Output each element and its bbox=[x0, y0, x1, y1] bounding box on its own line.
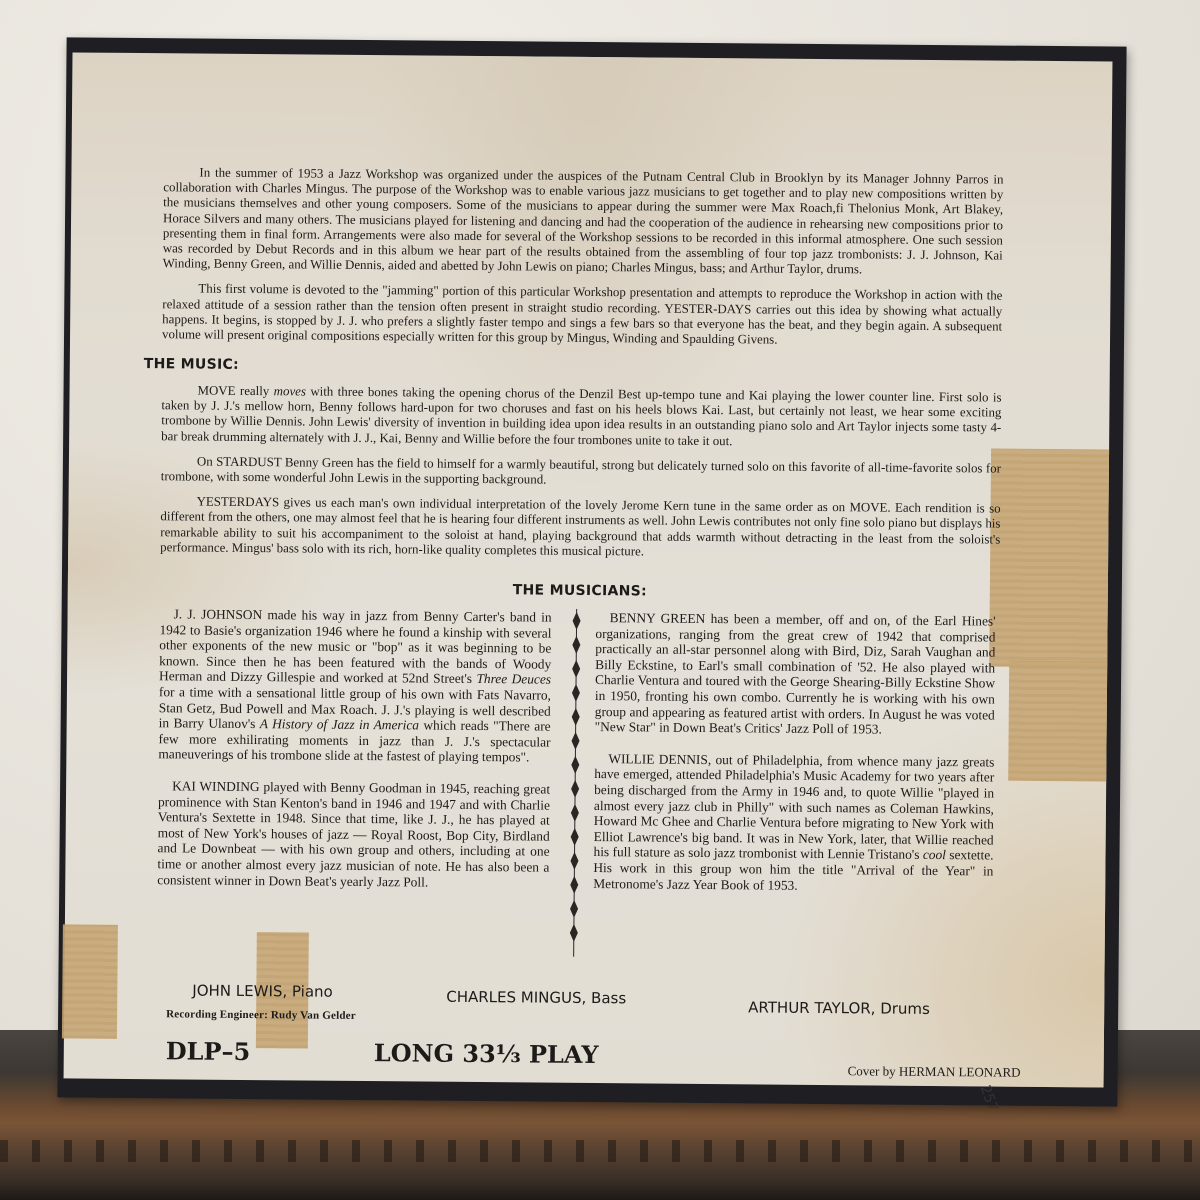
recording-engineer: Recording Engineer: Rudy Van Gelder bbox=[166, 1008, 356, 1022]
diamond-divider bbox=[567, 609, 584, 957]
shelf-carving bbox=[0, 1140, 1200, 1162]
italic-text: moves bbox=[274, 384, 306, 398]
italic-text: cool bbox=[923, 847, 946, 862]
music-heading: THE MUSIC: bbox=[144, 356, 239, 373]
back-cover-paper: In the summer of 1953 a Jazz Workshop wa… bbox=[64, 52, 1113, 1087]
intro-section: In the summer of 1953 a Jazz Workshop wa… bbox=[162, 165, 1004, 360]
move-paragraph: MOVE really moves with three bones takin… bbox=[161, 383, 1001, 451]
musicians-heading: THE MUSICIANS: bbox=[160, 579, 1000, 602]
text: WILLIE DENNIS, out of Philadelphia, from… bbox=[593, 751, 994, 862]
italic-text: A History of Jazz in America bbox=[260, 716, 419, 732]
tape-patch bbox=[62, 924, 118, 1038]
credit-piano: JOHN LEWIS, Piano bbox=[192, 982, 333, 1001]
benny-green-bio: BENNY GREEN has been a member, off and o… bbox=[595, 610, 996, 738]
catalog-number: DLP–5 bbox=[166, 1036, 251, 1066]
musicians-left-column: J. J. JOHNSON made his way in jazz from … bbox=[157, 606, 552, 907]
musicians-right-column: BENNY GREEN has been a member, off and o… bbox=[593, 610, 996, 911]
yesterdays-paragraph: YESTERDAYS gives us each man's own indiv… bbox=[160, 494, 1000, 562]
credit-drums: ARTHUR TAYLOR, Drums bbox=[748, 998, 930, 1018]
jj-johnson-bio: J. J. JOHNSON made his way in jazz from … bbox=[158, 606, 551, 765]
intro-paragraph: This first volume is devoted to the "jam… bbox=[162, 282, 1002, 350]
cover-credit: Cover by HERMAN LEONARD bbox=[848, 1063, 1021, 1081]
tape-patch bbox=[1008, 661, 1107, 782]
italic-text: Three Deuces bbox=[476, 671, 551, 687]
credit-bass: CHARLES MINGUS, Bass bbox=[446, 988, 626, 1008]
album-sleeve: In the summer of 1953 a Jazz Workshop wa… bbox=[57, 37, 1126, 1106]
rhythm-section-credits: JOHN LEWIS, Piano CHARLES MINGUS, Bass A… bbox=[156, 981, 996, 988]
tape-patch bbox=[989, 448, 1109, 667]
intro-paragraph: In the summer of 1953 a Jazz Workshop wa… bbox=[163, 165, 1004, 279]
willie-dennis-bio: WILLIE DENNIS, out of Philadelphia, from… bbox=[593, 751, 994, 895]
liner-notes: In the summer of 1953 a Jazz Workshop wa… bbox=[165, 53, 1005, 60]
text: MOVE really bbox=[198, 384, 274, 399]
stardust-paragraph: On STARDUST Benny Green has the field to… bbox=[161, 454, 1001, 492]
record-format: LONG 33⅓ PLAY bbox=[374, 1038, 599, 1069]
kai-winding-bio: KAI WINDING played with Benny Goodman in… bbox=[157, 778, 550, 891]
music-section: MOVE really moves with three bones takin… bbox=[160, 383, 1002, 572]
